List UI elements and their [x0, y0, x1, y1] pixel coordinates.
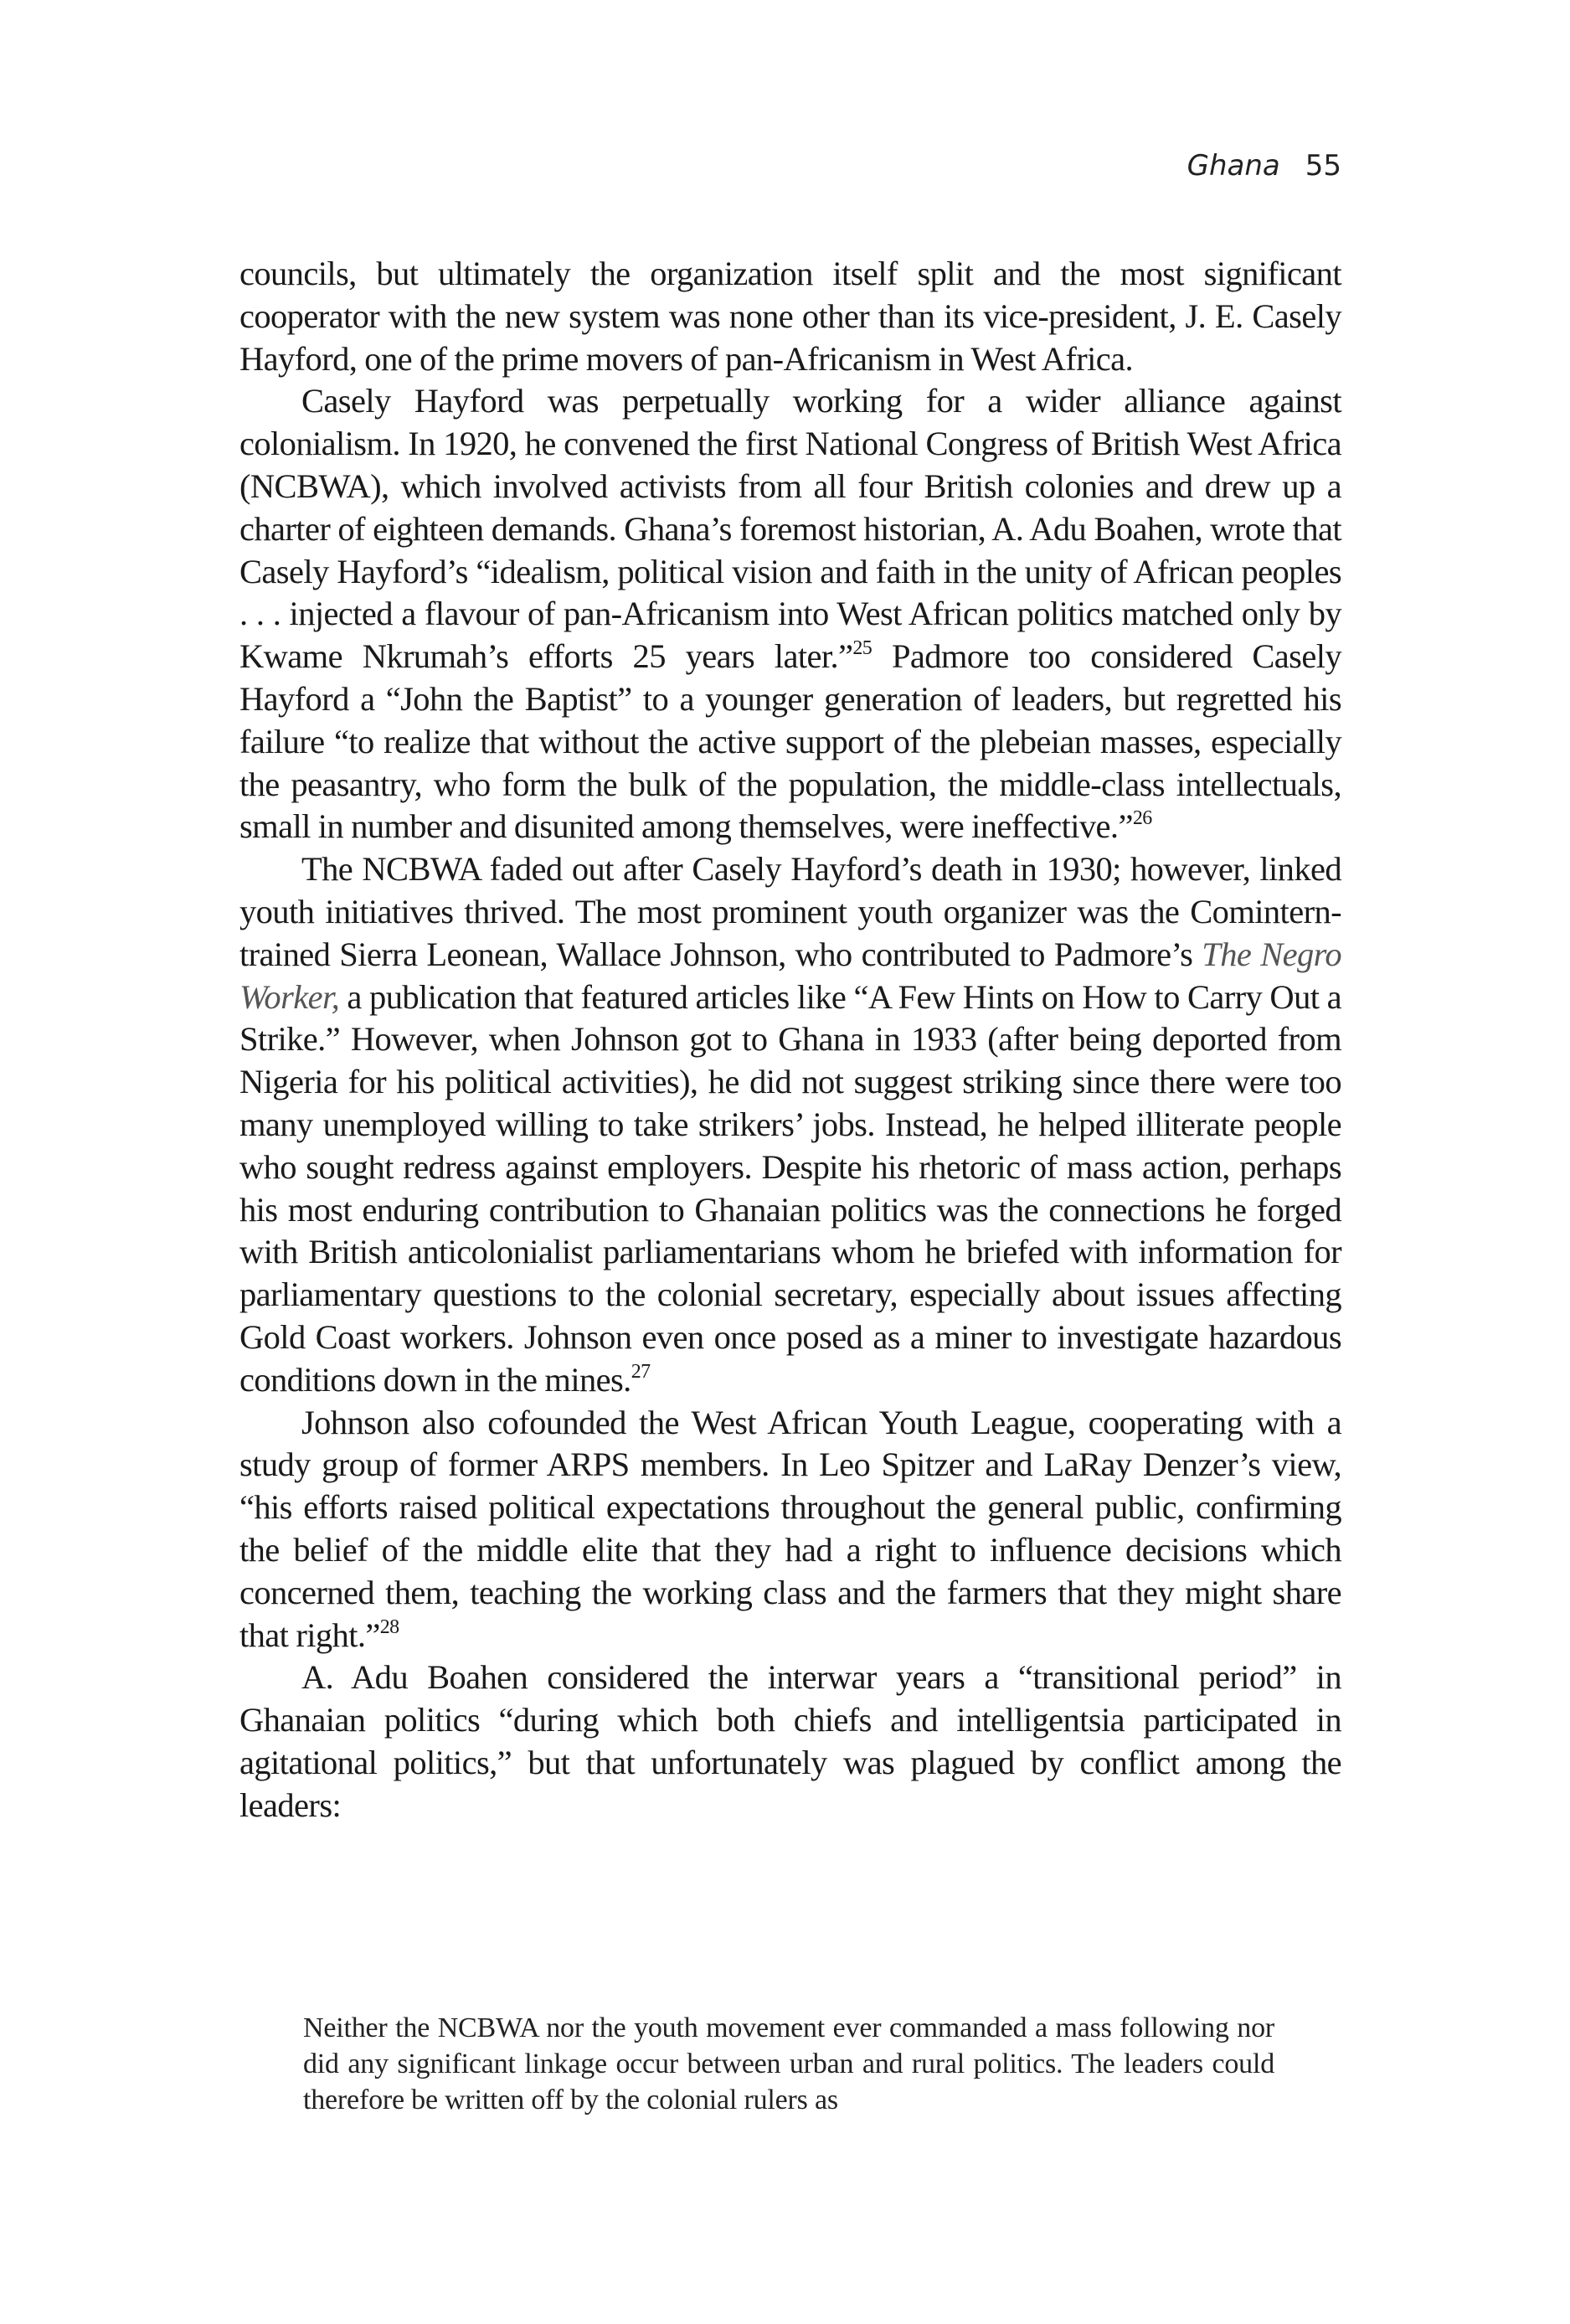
paragraph: Johnson also cofounded the West African …	[239, 1402, 1341, 1657]
page-number: 55	[1305, 149, 1341, 183]
paragraph-text: Johnson also cofounded the West African …	[239, 1404, 1341, 1654]
footnote-reference[interactable]: 25	[852, 637, 872, 659]
running-title: Ghana	[1187, 149, 1280, 183]
paragraph: The NCBWA faded out after Casely Hayford…	[239, 848, 1341, 1401]
paragraph: Casely Hayford was perpetually working f…	[239, 380, 1341, 848]
paragraph-text: a publication that featured articles lik…	[239, 978, 1341, 1399]
body-text: councils, but ultimately the organizatio…	[239, 253, 1341, 1827]
paragraph-text: The NCBWA faded out after Casely Hayford…	[239, 850, 1341, 973]
footnote-reference[interactable]: 27	[631, 1361, 651, 1383]
paragraph-text: Casely Hayford was perpetually working f…	[239, 382, 1341, 675]
paragraph-text: A. Adu Boahen considered the interwar ye…	[239, 1658, 1341, 1823]
paragraph: A. Adu Boahen considered the interwar ye…	[239, 1657, 1341, 1827]
paragraph-text: councils, but ultimately the organizatio…	[239, 255, 1341, 378]
footnote-reference[interactable]: 26	[1133, 807, 1152, 829]
running-head: Ghana55	[0, 149, 1341, 183]
block-quotation-text: Neither the NCBWA nor the youth movement…	[303, 2010, 1274, 2118]
footnote-reference[interactable]: 28	[380, 1616, 399, 1638]
block-quotation: Neither the NCBWA nor the youth movement…	[303, 2010, 1274, 2118]
paragraph: councils, but ultimately the organizatio…	[239, 253, 1341, 380]
